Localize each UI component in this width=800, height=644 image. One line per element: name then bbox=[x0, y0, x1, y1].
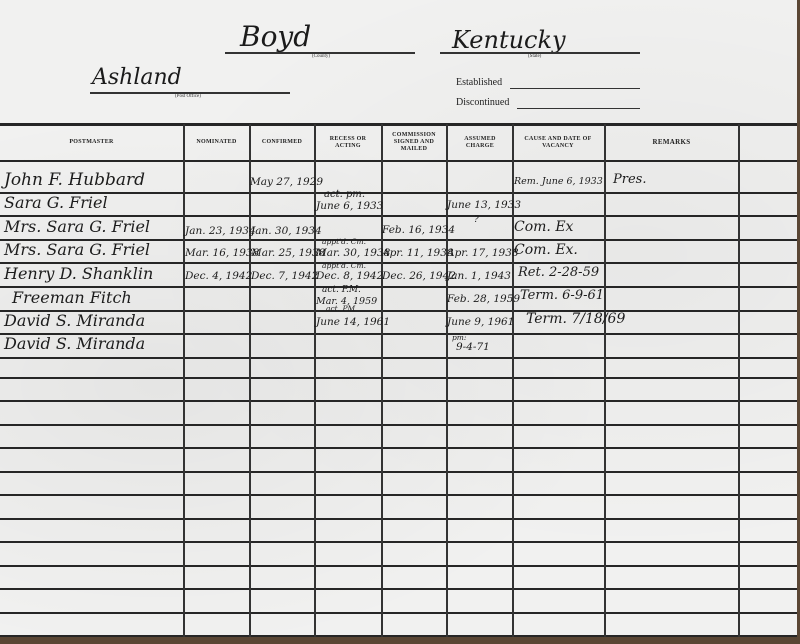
col-divider bbox=[249, 124, 251, 637]
row-rule bbox=[0, 400, 797, 402]
postmaster-name: John F. Hubbard bbox=[4, 170, 145, 190]
commission-date: Apr. 11, 1938 bbox=[382, 247, 454, 259]
postmaster-name: Mrs. Sara G. Friel bbox=[4, 217, 150, 236]
confirmed-date: May 27, 1929 bbox=[250, 176, 323, 188]
row-rule bbox=[0, 565, 797, 567]
cause-vacancy: Rem. June 6, 1933 bbox=[514, 176, 603, 187]
assumed-charge-note: ? bbox=[474, 215, 479, 225]
commission-date: Feb. 16, 1934 bbox=[382, 224, 455, 236]
col-header-remarks: Remarks bbox=[605, 124, 738, 161]
col-header-confirmed: Confirmed bbox=[250, 124, 314, 161]
row-rule bbox=[0, 192, 797, 194]
row-rule bbox=[0, 357, 797, 359]
postmaster-name: Sara G. Friel bbox=[4, 193, 108, 212]
county-value: Boyd bbox=[240, 20, 311, 53]
row-rule bbox=[0, 424, 797, 426]
state-caption: (State) bbox=[528, 54, 541, 59]
recess-acting-date: June 6, 1933 bbox=[316, 200, 383, 212]
remarks: Pres. bbox=[613, 172, 646, 187]
established-label: Established bbox=[456, 77, 502, 88]
postmaster-name: David S. Miranda bbox=[4, 311, 145, 330]
commission-date: Dec. 26, 1942 bbox=[382, 270, 456, 282]
post-office-value: Ashland bbox=[92, 65, 182, 90]
assumed-charge-date: June 9, 1961 bbox=[447, 316, 514, 328]
row-rule bbox=[0, 447, 797, 449]
recess-acting-note: act. pm. bbox=[324, 189, 365, 200]
assumed-charge-date: June 13, 1933 bbox=[447, 199, 521, 211]
postmaster-record-page: Boyd (County) Kentucky (State) Ashland (… bbox=[0, 0, 797, 637]
post-office-caption: (Post Office) bbox=[175, 94, 201, 99]
cause-vacancy: Term. 7/18/69 bbox=[526, 311, 625, 327]
established-field[interactable] bbox=[510, 88, 640, 89]
postmaster-name: Mrs. Sara G. Friel bbox=[4, 240, 150, 259]
row-rule bbox=[0, 588, 797, 590]
row-rule bbox=[0, 471, 797, 473]
row-rule bbox=[0, 377, 797, 379]
state-value: Kentucky bbox=[452, 26, 566, 54]
postmaster-name: David S. Miranda bbox=[4, 334, 145, 353]
discontinued-field[interactable] bbox=[517, 108, 640, 109]
recess-acting-note: act. P.M. bbox=[322, 285, 361, 295]
discontinued-label: Discontinued bbox=[456, 97, 509, 108]
col-header-assumed-charge: Assumed Charge bbox=[458, 124, 502, 161]
row-rule bbox=[0, 541, 797, 543]
row-rule bbox=[0, 635, 797, 637]
nominated-date: Jan. 23, 1934 bbox=[185, 225, 256, 237]
row-rule bbox=[0, 612, 797, 614]
assumed-charge-date: Apr. 17, 1938 bbox=[447, 247, 519, 259]
nominated-date: Dec. 4, 1942 bbox=[185, 270, 252, 282]
assumed-charge-date: Jan. 1, 1943 bbox=[447, 270, 511, 282]
recess-acting-note: appt'd. Cm. bbox=[322, 261, 366, 270]
cause-vacancy: Ret. 2-28-59 bbox=[518, 265, 599, 280]
col-divider bbox=[183, 124, 185, 637]
postmaster-name: Freeman Fitch bbox=[12, 288, 132, 307]
col-header-commission: Commission Signed and Mailed bbox=[385, 124, 443, 161]
recess-acting-date: Mar. 30, 1938 bbox=[316, 247, 390, 259]
col-header-nominated: Nominated bbox=[184, 124, 249, 161]
col-header-cause-vacancy: Cause and Date of Vacancy bbox=[522, 124, 594, 161]
county-caption: (County) bbox=[312, 54, 330, 59]
row-rule bbox=[0, 494, 797, 496]
confirmed-date: Dec. 7, 1942 bbox=[251, 270, 318, 282]
recess-acting-date: Dec. 8, 1942 bbox=[316, 270, 383, 282]
col-header-postmaster: Postmaster bbox=[0, 124, 183, 161]
recess-acting-note: appt'd. Cm. bbox=[322, 237, 366, 246]
cause-vacancy: Com. Ex bbox=[514, 219, 573, 235]
recess-acting-note: act. PM bbox=[326, 304, 355, 313]
cause-vacancy: Com. Ex. bbox=[514, 242, 578, 258]
recess-acting-date: June 14, 1961 bbox=[316, 316, 390, 328]
nominated-date: Mar. 16, 1938 bbox=[185, 247, 259, 259]
confirmed-date: Mar. 25, 1938 bbox=[251, 247, 325, 259]
cause-vacancy: Term. 6-9-61 bbox=[520, 288, 604, 303]
assumed-charge-date: Feb. 28, 1959 bbox=[447, 293, 520, 305]
col-header-recess-acting: Recess or Acting bbox=[322, 124, 374, 161]
col-divider bbox=[738, 124, 740, 637]
row-rule bbox=[0, 518, 797, 520]
confirmed-date: Jan. 30, 1934 bbox=[251, 225, 322, 237]
col-divider bbox=[604, 124, 606, 637]
assumed-charge-date: 9-4-71 bbox=[456, 341, 490, 353]
postmaster-name: Henry D. Shanklin bbox=[4, 264, 153, 283]
